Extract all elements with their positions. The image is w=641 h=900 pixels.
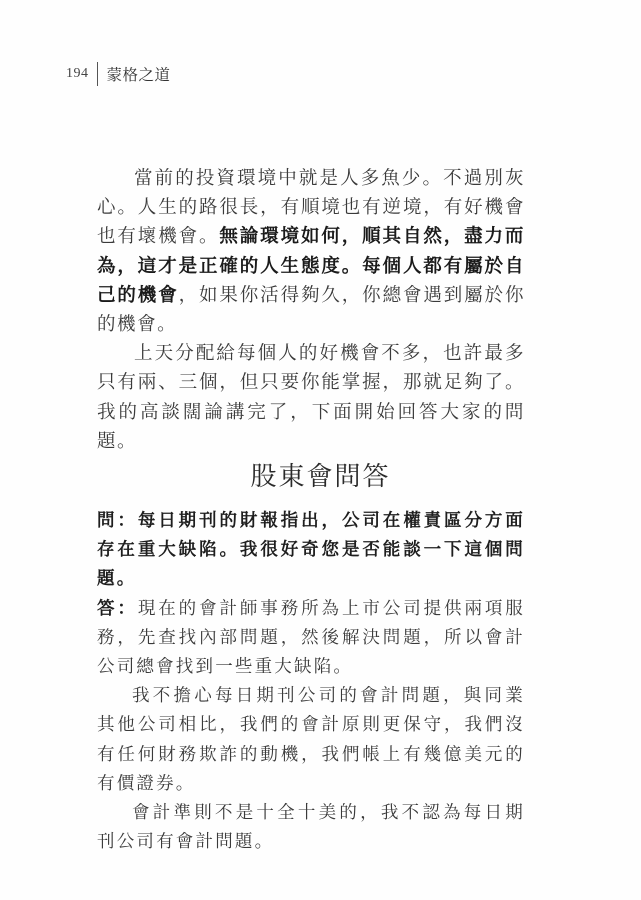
answer-text: 現在的會計師事務所為上市公司提供兩項服務，先查找內部問題，然後解決問題，所以會計…	[97, 599, 525, 677]
qa-text: 問：每日期刊的財報指出，公司在權責區分方面存在重大缺陷。我很好奇您是否能談一下這…	[97, 507, 525, 857]
intro-paragraph-1: 當前的投資環境中就是人多魚少。不過別灰心。人生的路很長，有順境也有逆境，有好機會…	[97, 164, 525, 339]
answer-paragraph-1: 答：現在的會計師事務所為上市公司提供兩項服務，先查找內部問題，然後解決問題，所以…	[97, 595, 525, 683]
book-page: 194 蒙格之道 當前的投資環境中就是人多魚少。不過別灰心。人生的路很長，有順境…	[0, 0, 641, 900]
intro-text: 當前的投資環境中就是人多魚少。不過別灰心。人生的路很長，有順境也有逆境，有好機會…	[97, 164, 525, 456]
intro-paragraph-2: 上天分配給每個人的好機會不多，也許最多只有兩、三個，但只要你能掌握，那就足夠了。…	[97, 339, 525, 456]
answer-label: 答：	[97, 599, 138, 619]
book-title: 蒙格之道	[107, 63, 171, 85]
running-header: 194 蒙格之道	[66, 62, 171, 86]
text-segment: 上天分配給每個人的好機會不多，也許最多只有兩、三個，但只要你能掌握，那就足夠了。…	[97, 343, 525, 452]
answer-paragraph-3: 會計準則不是十全十美的，我不認為每日期刊公司有會計問題。	[97, 799, 525, 857]
answer-paragraph-2: 我不擔心每日期刊公司的會計問題，與同業其他公司相比，我們的會計原則更保守，我們沒…	[97, 682, 525, 799]
page-number: 194	[66, 66, 89, 82]
header-divider	[97, 62, 98, 86]
section-heading: 股東會問答	[0, 456, 641, 493]
question-paragraph: 問：每日期刊的財報指出，公司在權責區分方面存在重大缺陷。我很好奇您是否能談一下這…	[97, 507, 525, 595]
